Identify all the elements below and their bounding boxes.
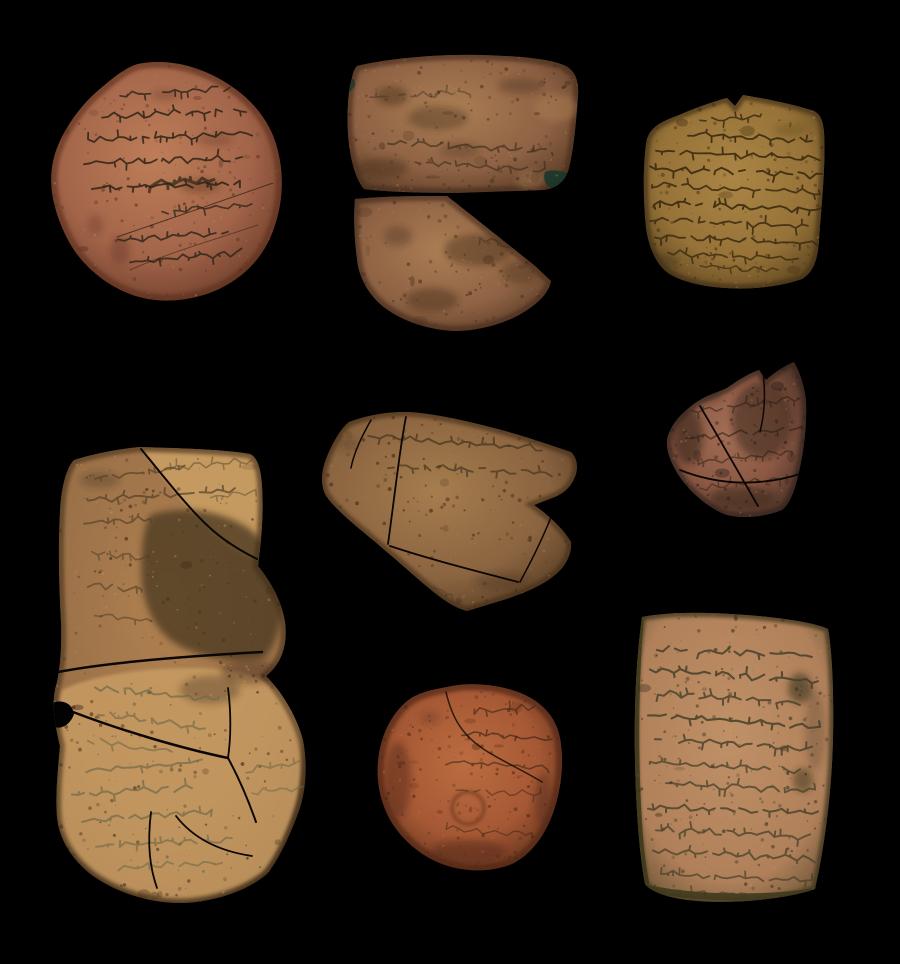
ostracon-top-right [642,94,827,290]
ostracon-bottom-right [633,610,834,906]
photo-ostraca-collection [0,0,900,964]
